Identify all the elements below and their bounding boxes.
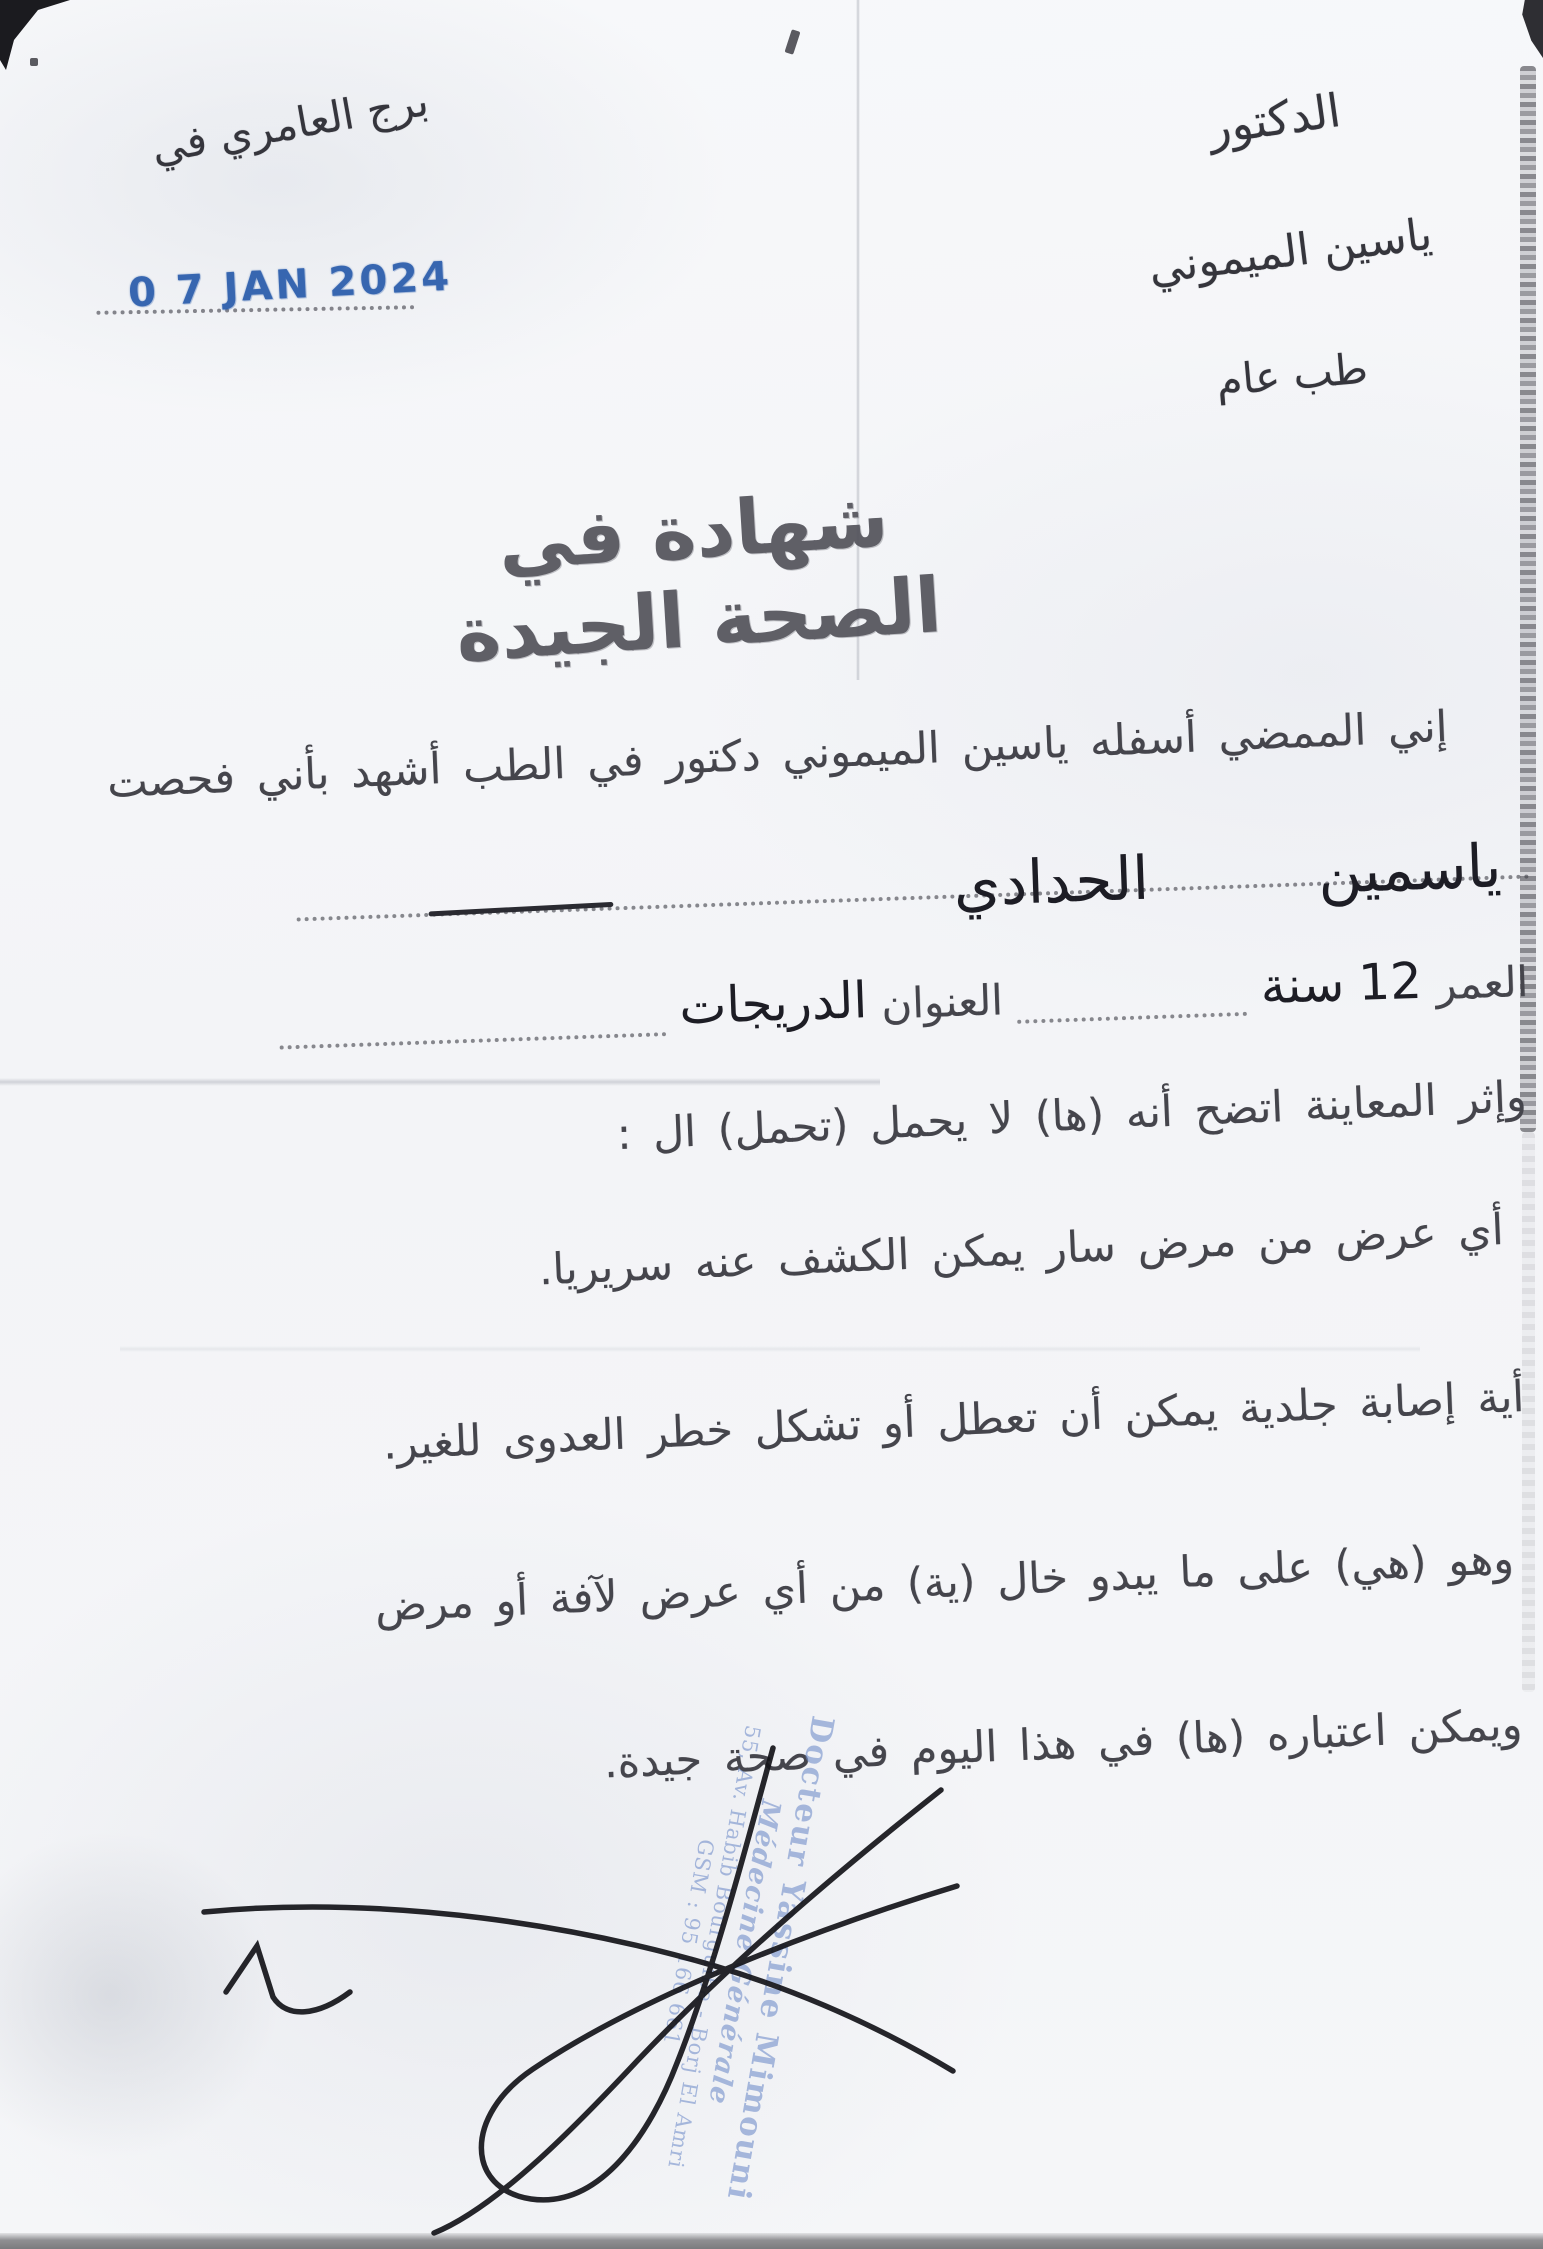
clause-line: أية إصابة جلدية يمكن أن تعطل أو تشكل خطر… [382,1372,1525,1470]
age-value: 12 [1357,952,1423,1012]
scanned-certificate-page: برج العامري في 0 7 JAN 2024 الدكتور ياسي… [0,0,1543,2249]
patient-name-line: ياسمين الحدادي [293,785,1530,938]
age-label: العمر [1435,957,1529,1009]
scan-speck [785,29,801,55]
age-unit: سنة [1260,954,1346,1015]
clause-line: وهو (هي) على ما يبدو خال (ية) من أي عرض … [374,1534,1515,1632]
age-address-line: العمر 12 سنة العنوان الدريجات [278,948,1529,1050]
place-and-date-line: برج العامري في [148,76,432,173]
scan-speck [30,58,38,66]
intro-line: إني الممضي أسفله ياسين الميموني دكتور في… [107,702,1449,808]
doctor-specialty-text: طب عام [1214,343,1370,405]
dotted-filler [279,1020,666,1049]
address-value: الدريجات [678,971,868,1036]
paper-fold-horizontal-1 [0,1078,880,1086]
paper-fold-horizontal-2 [120,1346,1420,1352]
address-label: العنوان [880,975,1003,1028]
clause-line: أي عرض من مرض سار يمكن الكشف عنه سريريا. [538,1205,1505,1295]
scan-corner-mark-top-left [0,0,78,72]
certificate-title: شهادة في الصحة الجيدة [377,467,1015,683]
patient-name: ياسمين الحدادي [952,831,1502,920]
dotted-filler [1017,1000,1247,1024]
scan-edge-bottom [0,2233,1543,2249]
doctor-title-text: الدكتور [1205,83,1344,155]
doctor-name-text: ياسين الميموني [1146,209,1435,294]
scan-corner-mark-top-right [1517,0,1543,58]
paper-wrinkle-shadow [0,1830,280,2160]
